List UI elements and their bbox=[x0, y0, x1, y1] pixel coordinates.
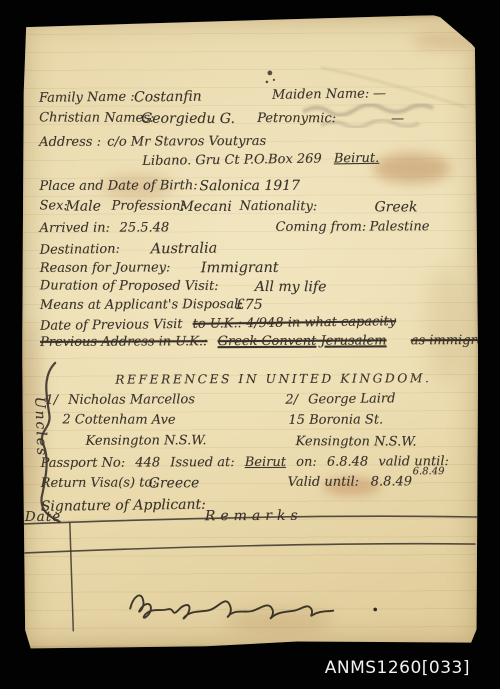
field-arrived: Arrived in: 25.5.48 Coming from: Palesti… bbox=[40, 219, 472, 239]
catalog-number: ANMS1260[033] bbox=[325, 658, 470, 678]
petronymic-value: — bbox=[391, 111, 404, 126]
margin-note-uncles: Uncles bbox=[30, 367, 51, 488]
previous-visit-struck-text: to U.K.: 4/948 in what capacity bbox=[193, 314, 397, 332]
paper-stain bbox=[223, 608, 333, 634]
field-christian-names: Christian Names: Georgiedu G. Petronymic… bbox=[39, 110, 471, 129]
document-paper: Family Name : Costanfin Maiden Name: — C… bbox=[21, 15, 480, 649]
means-value: £75 bbox=[236, 297, 263, 313]
means-label: Means at Applicant's Disposal: bbox=[40, 297, 243, 313]
signature-label: Signature of Applicant: bbox=[41, 497, 206, 515]
reference-2-street-text: 15 Boronia St. bbox=[288, 412, 383, 427]
reference-2-suburb-text: Kensington N.S.W. bbox=[295, 434, 416, 449]
references-heading-text: REFERENCES IN UNITED KINGDOM. bbox=[115, 371, 431, 386]
christian-names-label: Christian Names: bbox=[39, 110, 154, 125]
paper-stain bbox=[413, 31, 473, 51]
on-value: 6.8.48 bbox=[327, 454, 368, 469]
ink-blot-icon bbox=[266, 70, 275, 83]
reference-1-street-text: 2 Cottenham Ave bbox=[62, 412, 175, 427]
table-header-date: Date bbox=[25, 509, 61, 525]
coming-from-label: Coming from: bbox=[276, 219, 367, 234]
reference-1-suburb-text: Kensington N.S.W. bbox=[85, 433, 206, 449]
christian-names-value: Georgiedu G. bbox=[141, 111, 235, 127]
arrived-label: Arrived in: bbox=[40, 221, 110, 236]
field-return-visa: Return Visa(s) to: Greece Valid until: 8… bbox=[41, 474, 473, 494]
field-means: Means at Applicant's Disposal: £75 bbox=[40, 296, 472, 316]
field-passport: Passport No: 448 Issued at: Beirut on: 6… bbox=[41, 454, 473, 474]
field-previous-address: Previous Address in U.K.: Greek Convent … bbox=[40, 333, 472, 353]
table-rule-bottom bbox=[25, 543, 475, 553]
address-city-value: Beirut. bbox=[334, 151, 380, 167]
previous-address-label-struck: Previous Address in U.K.: bbox=[40, 334, 207, 350]
signature-period-dot bbox=[373, 608, 377, 612]
reference-1-name-text: Nicholas Marcellos bbox=[68, 392, 195, 408]
arrived-value: 25.5.48 bbox=[120, 220, 170, 235]
return-visa-value: Greece bbox=[149, 475, 200, 491]
birth-value: Salonica 1917 bbox=[199, 178, 300, 194]
maiden-name-label: Maiden Name: bbox=[272, 86, 369, 102]
destination-value: Australia bbox=[151, 240, 218, 257]
reference-2-number: 2/ bbox=[285, 392, 298, 407]
coming-from-value: Palestine bbox=[370, 219, 430, 234]
reference-2-name-text: George Laird bbox=[308, 391, 396, 407]
field-duration: Duration of Proposed Visit: All my life bbox=[40, 278, 472, 297]
reference-2-street: 15 Boronia St. bbox=[288, 412, 472, 431]
valid-until-value: 8.8.49 bbox=[371, 474, 412, 489]
table-rule-vertical bbox=[70, 523, 73, 631]
passport-value: 448 bbox=[135, 455, 160, 470]
on-label: on: bbox=[296, 455, 317, 470]
address-line2-value: Libano. Gru Ct P.O.Box 269 bbox=[142, 152, 322, 169]
previous-address-value-struck: Greek Convent Jerusalem bbox=[218, 333, 387, 349]
applicant-signature-scrawl bbox=[130, 595, 333, 619]
field-birth: Place and Date of Birth: Salonica 1917 bbox=[39, 177, 471, 197]
profession-label: Profession: bbox=[111, 199, 184, 214]
petronymic-label: Petronymic: bbox=[257, 111, 336, 126]
profession-value: Mecani bbox=[179, 199, 231, 215]
address-label: Address : bbox=[39, 135, 101, 150]
field-sex-profession-nationality: Sex: Male Profession: Mecani Nationality… bbox=[39, 198, 471, 217]
nationality-value: Greek bbox=[374, 199, 417, 215]
previous-visit-label: Date of Previous Visit bbox=[40, 317, 183, 334]
table-header-remarks: Remarks bbox=[205, 508, 303, 524]
family-name-value: Costanfin bbox=[134, 89, 202, 106]
sex-value: Male bbox=[65, 198, 100, 214]
issued-label: Issued at: bbox=[170, 455, 234, 470]
valid-until-label: Valid until: bbox=[288, 475, 359, 490]
references-heading: REFERENCES IN UNITED KINGDOM. bbox=[115, 371, 472, 391]
previous-address-tail-struck: as immigrant bbox=[411, 333, 480, 348]
duration-value: All my life bbox=[255, 279, 327, 295]
destination-label: Destination: bbox=[40, 242, 120, 258]
reference-2-suburb: Kensington N.S.W. bbox=[295, 434, 472, 452]
nationality-label: Nationality: bbox=[239, 199, 317, 214]
birth-label: Place and Date of Birth: bbox=[39, 178, 197, 194]
valid-until-superscript: 6.8.49 bbox=[413, 466, 445, 477]
field-family-name: Family Name : Costanfin Maiden Name: — bbox=[39, 85, 471, 109]
field-reason: Reason for Journey: Immigrant bbox=[40, 259, 472, 279]
address-value: c/o Mr Stavros Voutyras bbox=[107, 134, 266, 150]
field-address-line2: Libano. Gru Ct P.O.Box 269 Beirut. bbox=[142, 150, 471, 172]
sex-label: Sex: bbox=[39, 198, 67, 213]
reason-label: Reason for Journey: bbox=[40, 260, 171, 276]
issued-value: Beirut bbox=[245, 455, 286, 470]
maiden-name-value: — bbox=[373, 86, 386, 101]
photo-frame: Family Name : Costanfin Maiden Name: — C… bbox=[0, 0, 500, 689]
passport-label: Passport No: bbox=[41, 456, 126, 471]
return-visa-label: Return Visa(s) to: bbox=[41, 475, 157, 491]
field-destination: Destination: Australia bbox=[40, 237, 472, 261]
reference-2-name: 2/ George Laird bbox=[285, 390, 472, 410]
duration-label: Duration of Proposed Visit: bbox=[40, 278, 219, 293]
family-name-label: Family Name : bbox=[39, 90, 135, 106]
reason-value: Immigrant bbox=[201, 260, 279, 276]
